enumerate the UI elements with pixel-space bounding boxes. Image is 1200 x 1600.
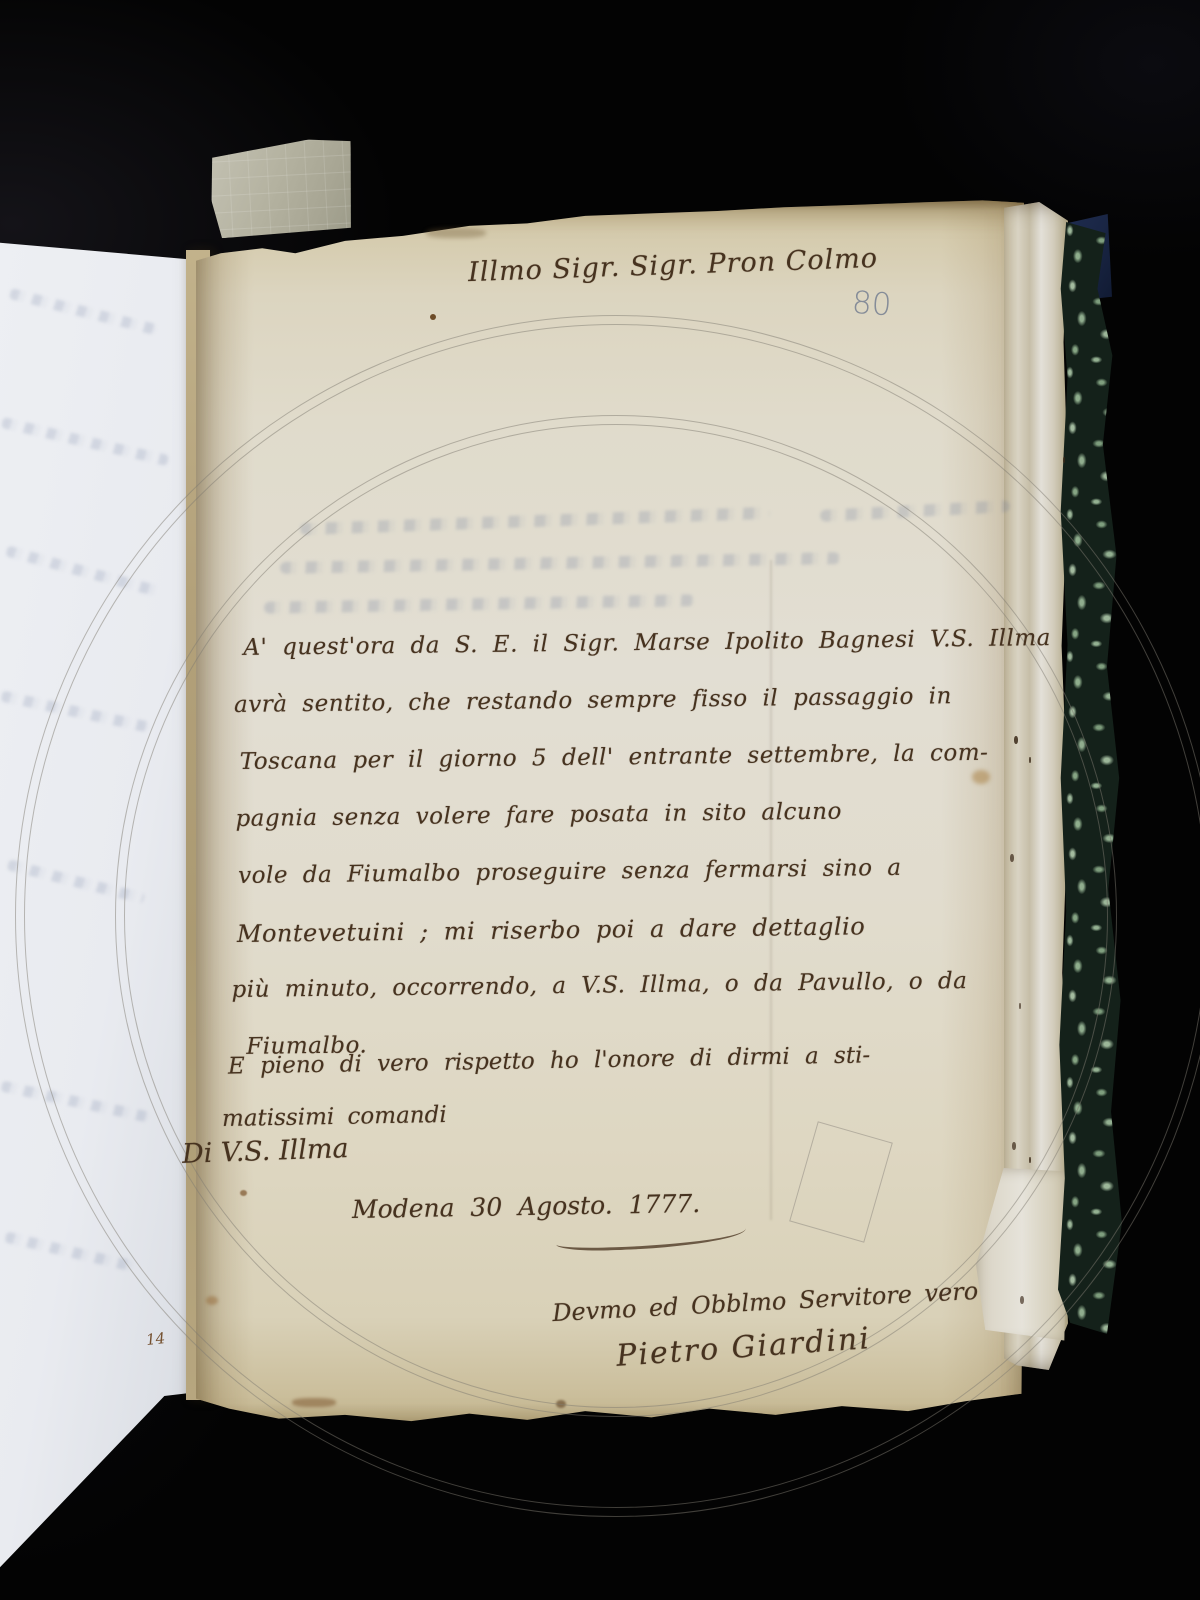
folio-number-pencil: 80	[851, 285, 893, 324]
bleedthrough-stroke	[0, 691, 149, 733]
foxing-spot	[430, 314, 436, 320]
bleedthrough-stroke	[5, 545, 162, 597]
bleedthrough-stroke	[0, 1081, 149, 1123]
manuscript-photo: Illmo Sigr. Sigr. Pron Colmo 80 A' quest…	[0, 0, 1200, 1600]
margin-number: 14	[145, 1329, 166, 1349]
address-line: Di V.S. Illma	[182, 1133, 350, 1170]
tape-fragment	[209, 137, 356, 238]
stain	[292, 1398, 336, 1407]
body-line: avrà sentito, che restando sempre fisso …	[234, 682, 1052, 749]
body-line: pagnia senza volere fare posata in sito …	[235, 796, 1053, 863]
body-line: più minuto, occorrendo, a V.S. Illma, o …	[231, 967, 1055, 1034]
body-line: Toscana per il giorno 5 dell' entrante s…	[240, 739, 1053, 806]
stain	[556, 1400, 566, 1408]
bleedthrough-stroke	[1, 417, 169, 466]
dateline: Modena 30 Agosto. 1777.	[352, 1189, 701, 1224]
foxing-spot	[240, 1190, 247, 1196]
bleedthrough-stroke	[7, 859, 146, 904]
facing-page	[0, 236, 198, 1574]
body-line: vole da Fiumalbo proseguire senza fermar…	[238, 853, 1054, 920]
body-line: Montevetuini ; mi riserbo poi a dare det…	[237, 910, 1055, 977]
bleedthrough-stroke	[9, 288, 157, 335]
letter-body: A' quest'ora da S. E. il Sigr. Marse Ipo…	[233, 625, 1056, 1091]
foxing-spot	[206, 1296, 218, 1305]
bleedthrough-stroke	[4, 1232, 133, 1272]
closing-line: matissimi comandi	[222, 1102, 447, 1132]
marbled-cover	[1058, 222, 1126, 1334]
stain	[426, 228, 486, 238]
body-line: A' quest'ora da S. E. il Sigr. Marse Ipo…	[243, 625, 1051, 692]
